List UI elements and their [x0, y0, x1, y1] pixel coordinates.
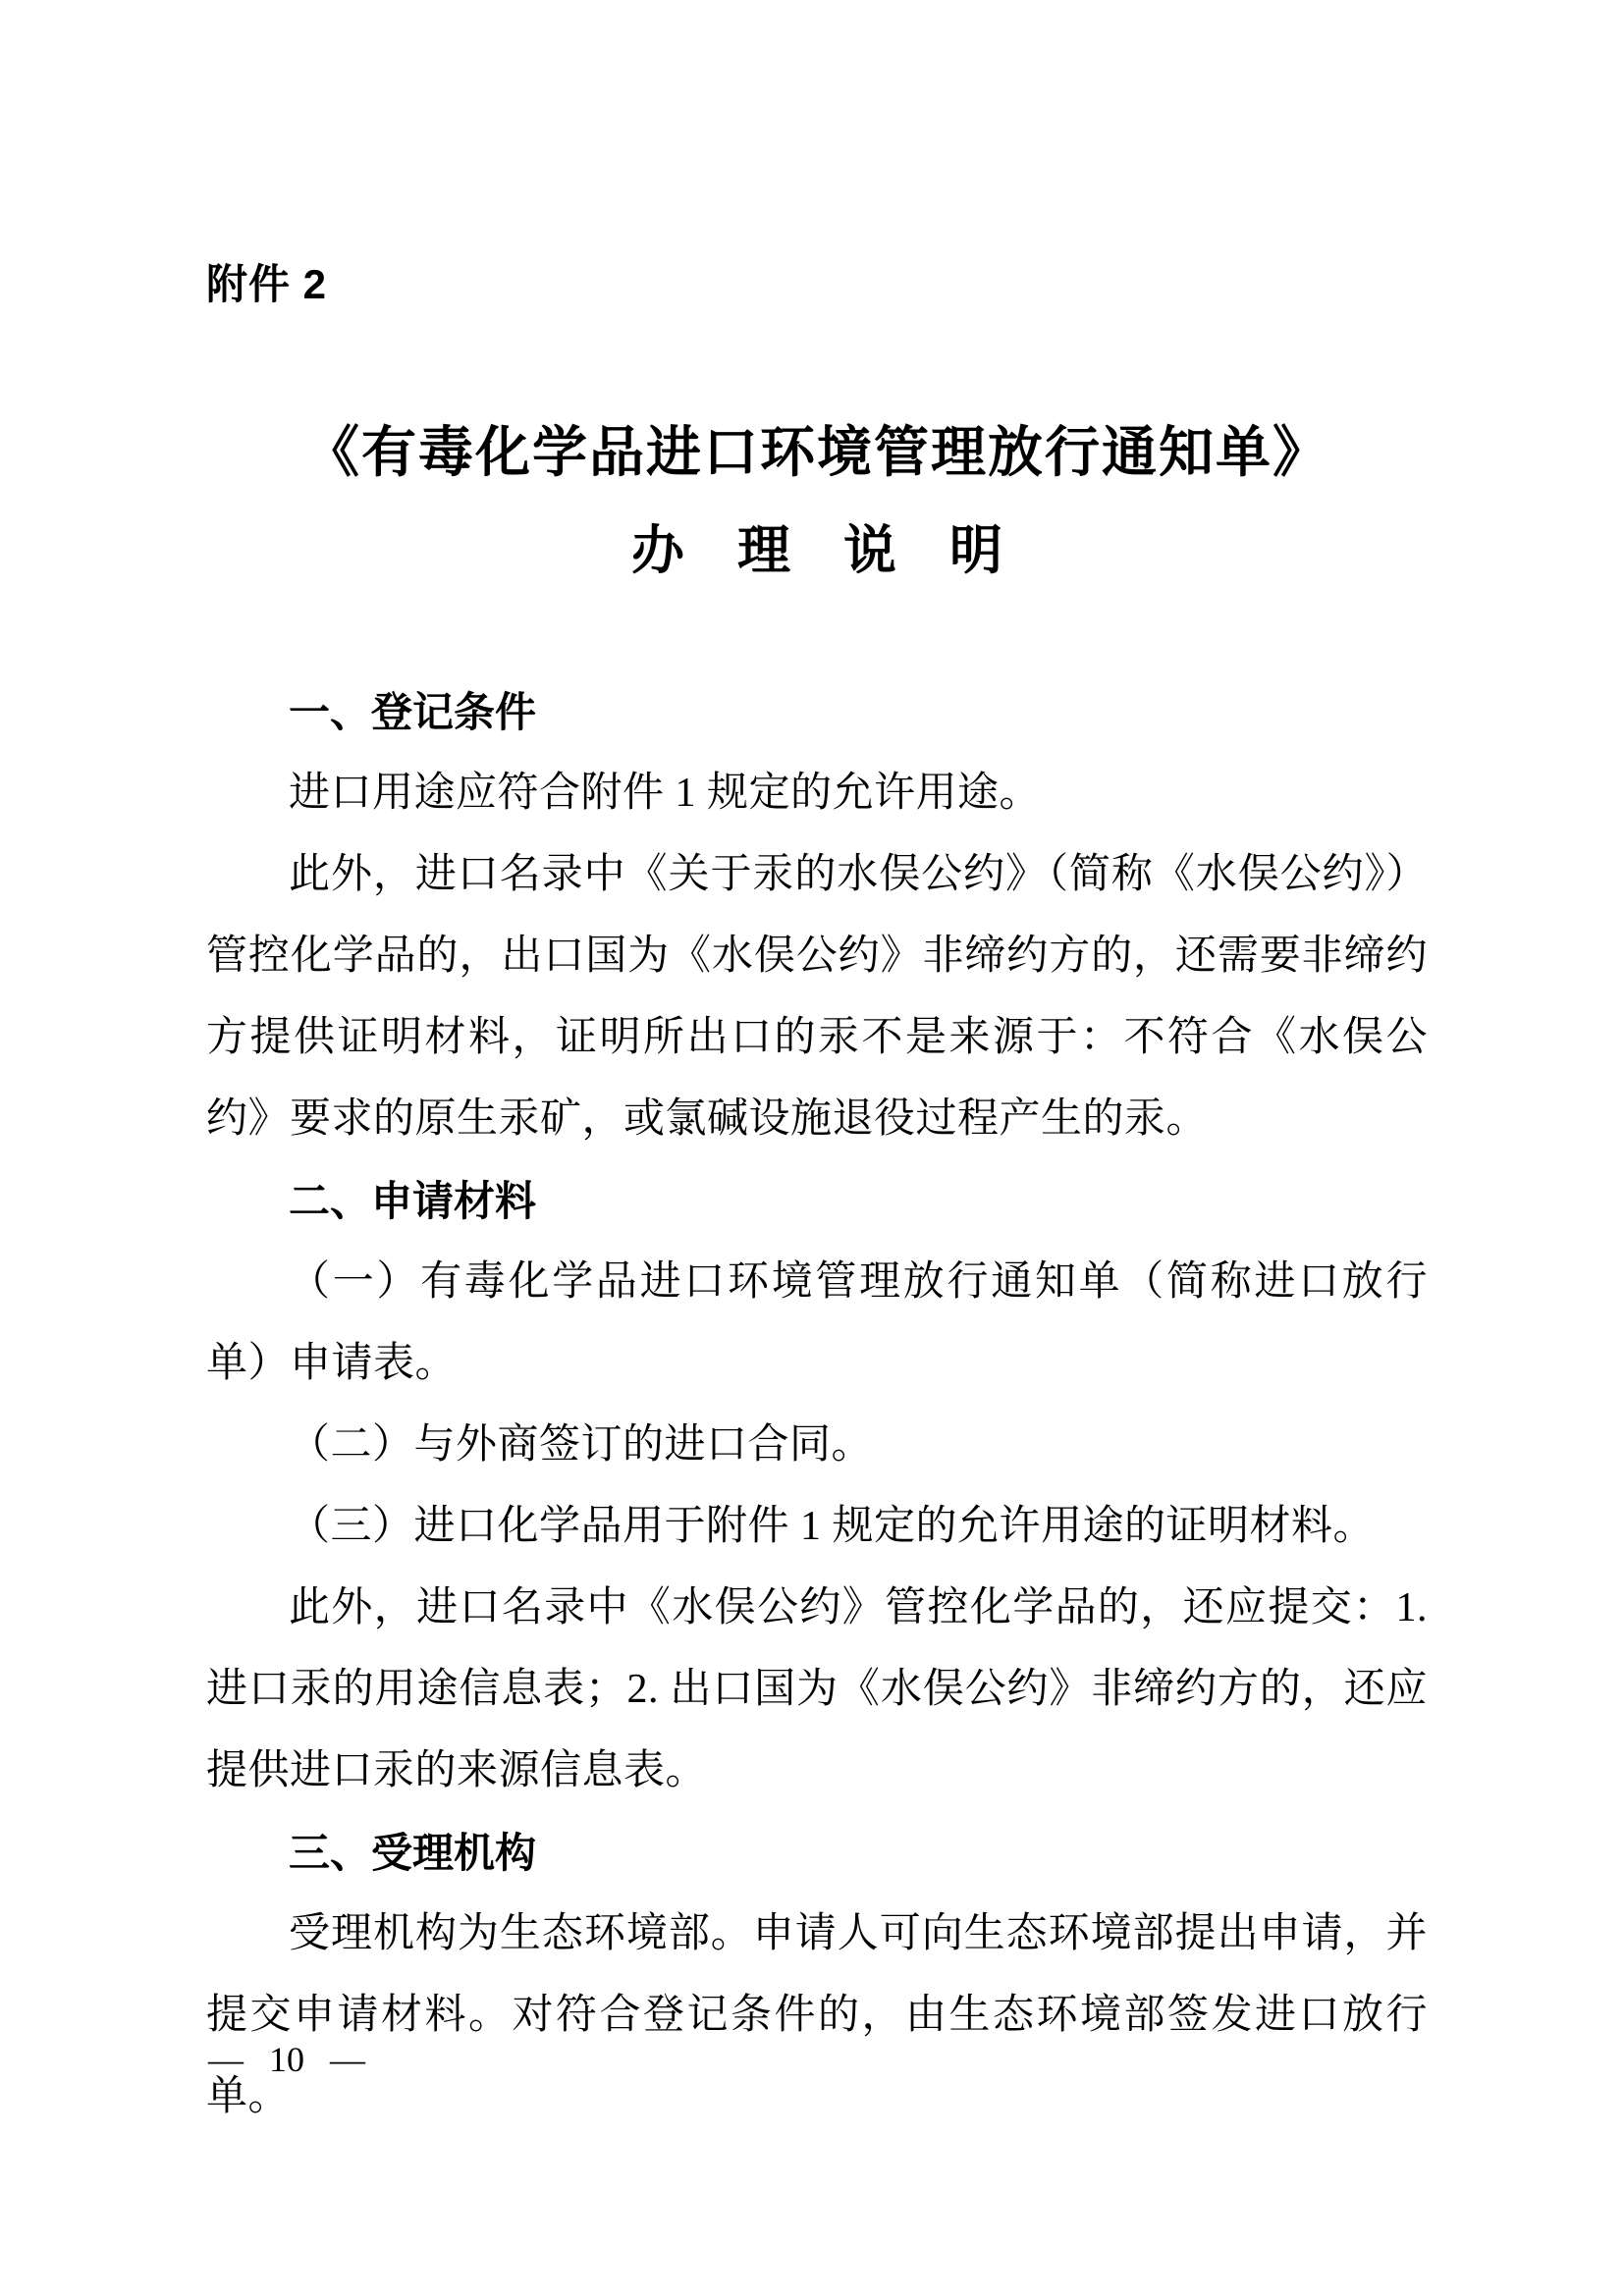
paragraph: （三）进口化学品用于附件 1 规定的允许用途的证明材料。 — [206, 1486, 1428, 1568]
document-page: 附件 2 《有毒化学品进口环境管理放行通知单》 办 理 说 明 一、登记条件 进… — [0, 0, 1624, 2296]
paragraph: （二）与外商签订的进口合同。 — [206, 1405, 1428, 1486]
paragraph: 此外，进口名录中《关于汞的水俣公约》（简称《水俣公约》）管控化学品的，出口国为《… — [206, 834, 1428, 1160]
paragraph: （一）有毒化学品进口环境管理放行通知单（简称进口放行单）申请表。 — [206, 1242, 1428, 1405]
title-block: 《有毒化学品进口环境管理放行通知单》 办 理 说 明 — [206, 403, 1428, 600]
paragraph: 此外，进口名录中《水俣公约》管控化学品的，还应提交：1. 进口汞的用途信息表；2… — [206, 1568, 1428, 1812]
page-footer: — 10 — — [208, 2040, 365, 2079]
document-body: 一、登记条件 进口用途应符合附件 1 规定的允许用途。 此外，进口名录中《关于汞… — [206, 671, 1428, 2138]
paragraph: 受理机构为生态环境部。申请人可向生态环境部提出申请，并提交申请材料。对符合登记条… — [206, 1894, 1428, 2138]
document-subtitle: 办 理 说 明 — [206, 502, 1428, 600]
page-number: 10 — [269, 2040, 304, 2079]
footer-right-dash: — — [330, 2040, 365, 2079]
attachment-label: 附件 2 — [206, 263, 1428, 306]
paragraph: 进口用途应符合附件 1 规定的允许用途。 — [206, 753, 1428, 834]
section-heading-1: 一、登记条件 — [206, 671, 1428, 753]
footer-left-dash: — — [208, 2040, 244, 2079]
section-heading-3: 三、受理机构 — [206, 1812, 1428, 1894]
section-heading-2: 二、申请材料 — [206, 1160, 1428, 1242]
document-title: 《有毒化学品进口环境管理放行通知单》 — [206, 403, 1428, 502]
